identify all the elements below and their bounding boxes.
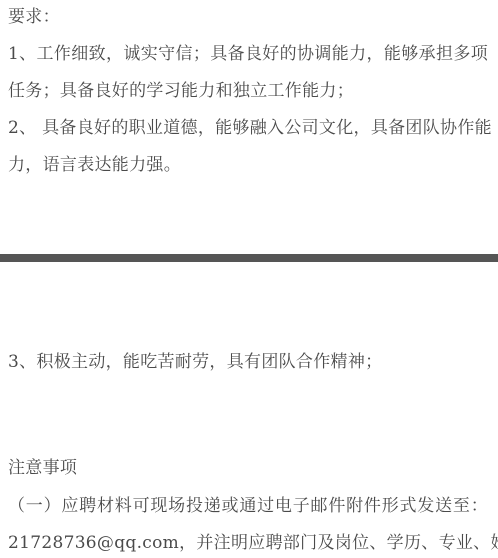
requirement-1-line-2: 任务；具备良好的学习能力和独立工作能力； [8, 80, 354, 102]
page-separator-bar [0, 254, 498, 262]
notes-heading: 注意事项 [8, 457, 77, 479]
note-1-line-2: 21728736@qq.com，并注明应聘部门及岗位、学历、专业、姓名； [8, 532, 488, 554]
requirement-2-line-1: 2、 具备良好的职业道德，能够融入公司文化，具备团队协作能 [8, 117, 488, 139]
requirements-heading: 要求： [8, 6, 60, 28]
requirement-3-line: 3、积极主动，能吃苦耐劳，具有团队合作精神； [8, 351, 382, 373]
requirement-2-line-2: 力，语言表达能力强。 [8, 154, 181, 176]
requirement-1-line-1: 1、工作细致，诚实守信；具备良好的协调能力，能够承担多项 [8, 43, 488, 65]
note-1-line-1: （一）应聘材料可现场投递或通过电子邮件附件形式发送至： [8, 495, 488, 517]
